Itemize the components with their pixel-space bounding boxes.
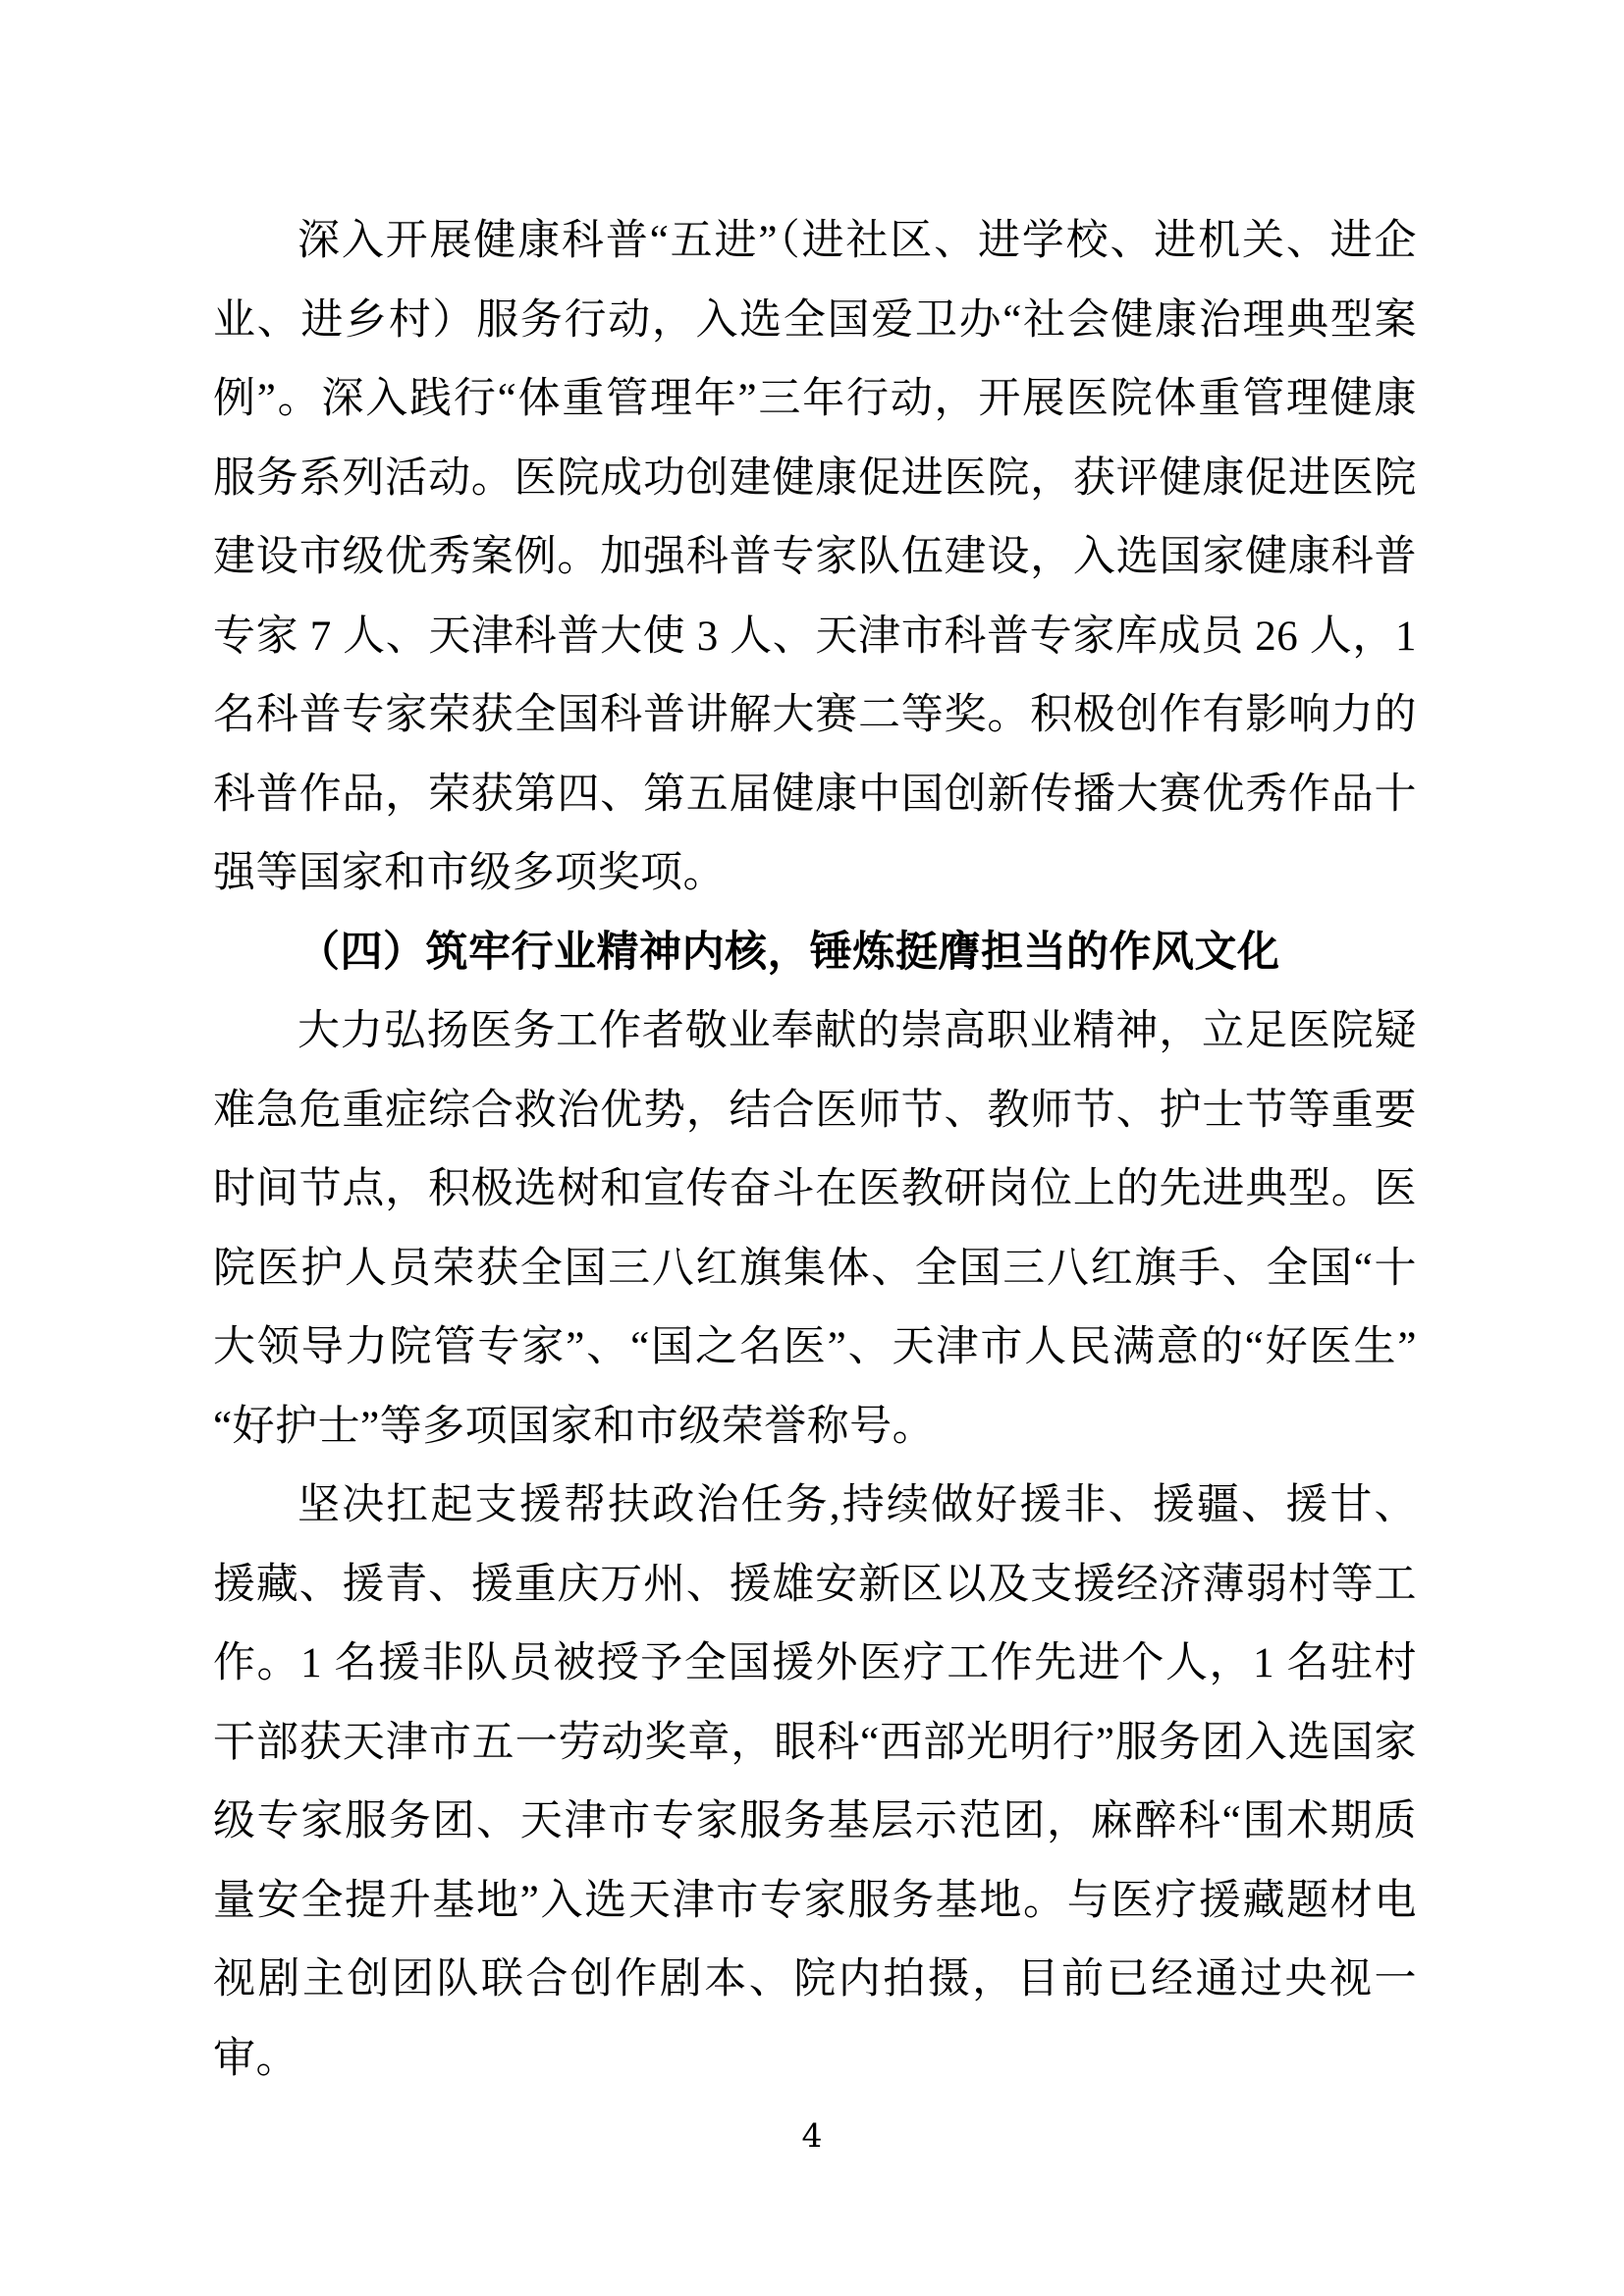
document-page: 深入开展健康科普“五进”（进社区、进学校、进机关、进企业、进乡村）服务行动，入选…: [0, 0, 1624, 2296]
page-number: 4: [0, 2116, 1624, 2156]
document-body: 深入开展健康科普“五进”（进社区、进学校、进机关、进企业、进乡村）服务行动，入选…: [213, 202, 1417, 2099]
body-paragraph-1: 深入开展健康科普“五进”（进社区、进学校、进机关、进企业、进乡村）服务行动，入选…: [213, 202, 1417, 914]
body-paragraph-2: 大力弘扬医务工作者敬业奉献的崇高职业精神，立足医院疑难急危重症综合救治优势，结合…: [213, 992, 1417, 1467]
body-paragraph-3: 坚决扛起支援帮扶政治任务,持续做好援非、援疆、援甘、援藏、援青、援重庆万州、援雄…: [213, 1467, 1417, 2099]
section-heading: （四）筑牢行业精神内核，锤炼挺膺担当的作风文化: [213, 914, 1417, 993]
